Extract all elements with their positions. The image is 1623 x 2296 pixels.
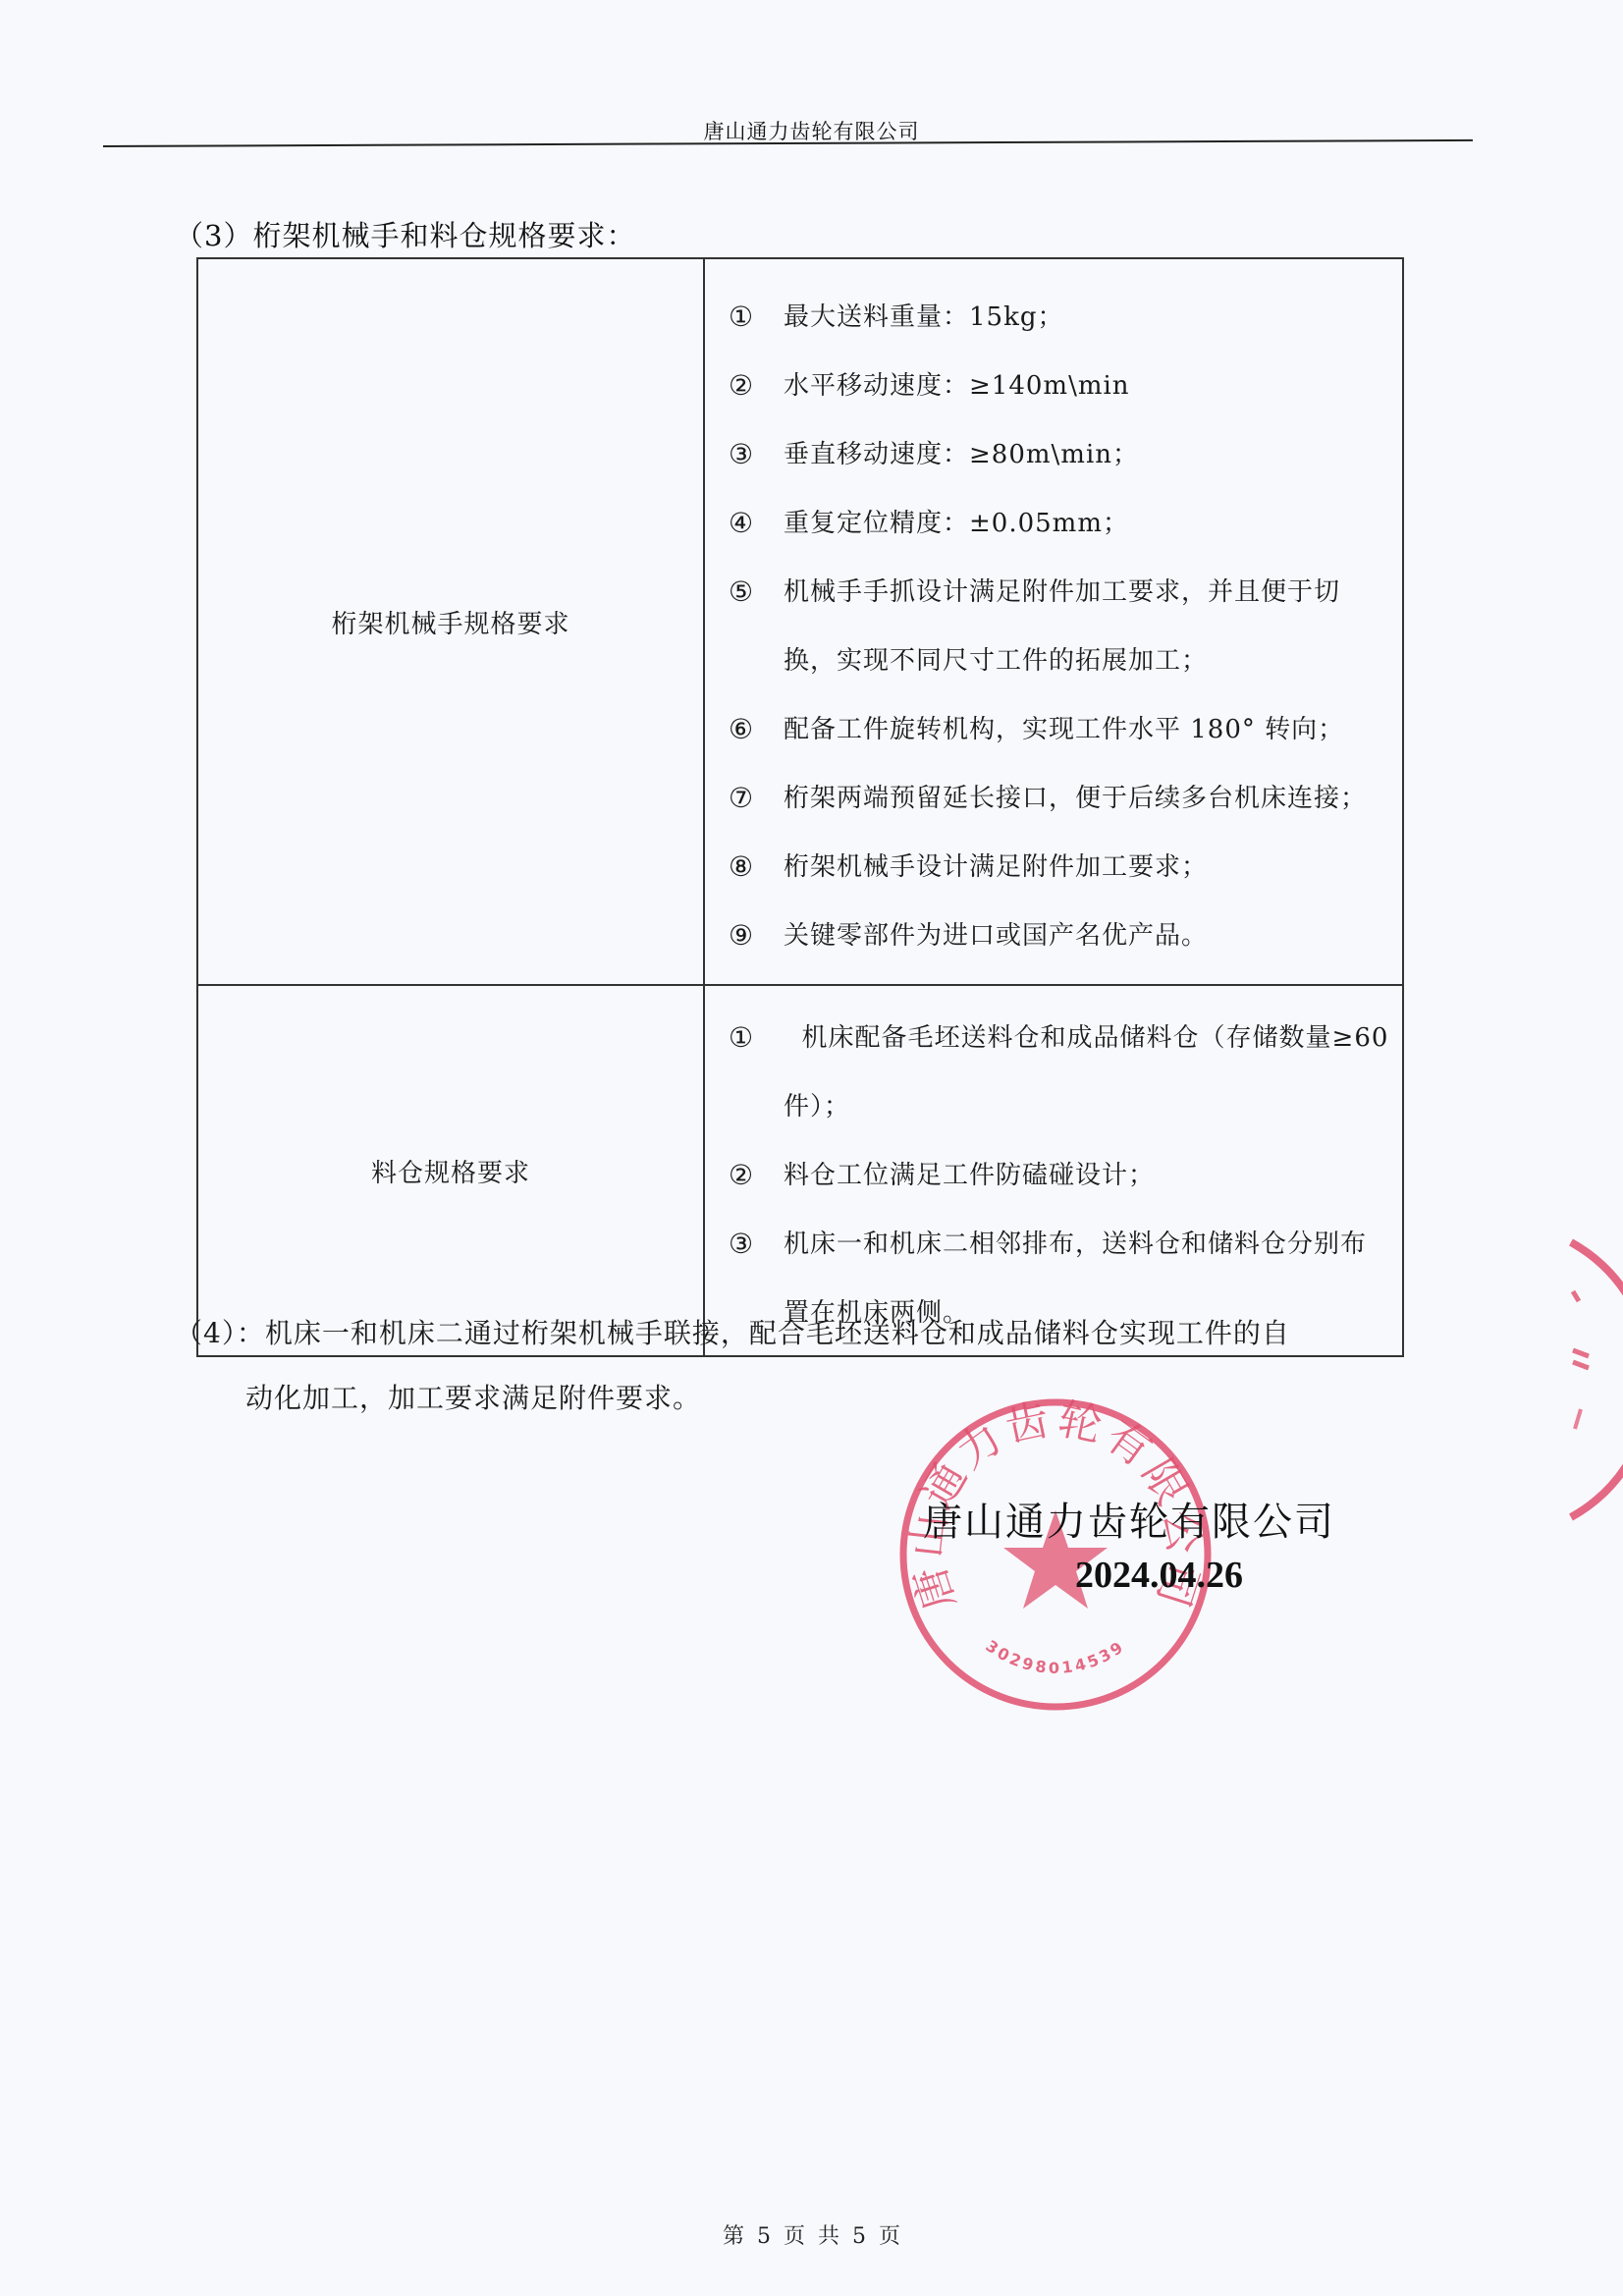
table-row-gantry: 桁架机械手规格要求 ① 最大送料重量：15kg； ② 水平移动速度：≥140m\…	[197, 258, 1403, 985]
spec-item: ① 机床配备毛坯送料仓和成品储料仓（存储数量≥60 件）；	[729, 1004, 1392, 1141]
spec-item: ④ 重复定位精度：±0.05mm；	[729, 489, 1392, 558]
item-text: 水平移动速度：≥140m\min	[784, 352, 1392, 420]
row-items: ① 最大送料重量：15kg； ② 水平移动速度：≥140m\min ③ 垂直移动…	[704, 258, 1403, 985]
item-text: 桁架两端预留延长接口，便于后续多台机床连接；	[784, 764, 1392, 833]
item-number: ⑧	[729, 833, 784, 902]
spec-item: ① 最大送料重量：15kg；	[729, 283, 1392, 352]
item-number: ①	[729, 283, 784, 352]
item-number: ⑦	[729, 764, 784, 833]
item-text: 重复定位精度：±0.05mm；	[784, 489, 1392, 558]
spec-item: ⑧ 桁架机械手设计满足附件加工要求；	[729, 833, 1392, 902]
item-text: 关键零部件为进口或国产名优产品。	[784, 902, 1392, 970]
item-number: ⑤	[729, 558, 784, 627]
spec-item: ⑤ 机械手手抓设计满足附件加工要求，并且便于切换，实现不同尺寸工件的拓展加工；	[729, 558, 1392, 695]
row-label: 桁架机械手规格要求	[197, 258, 704, 985]
spec-item: ② 料仓工位满足工件防磕碰设计；	[729, 1141, 1392, 1210]
note-line-1: （4）：机床一和机床二通过桁架机械手联接，配合毛坯送料仓和成品储料仓实现工件的自	[175, 1317, 1290, 1349]
item-text: 机床配备毛坯送料仓和成品储料仓（存储数量≥60 件）；	[784, 1004, 1392, 1141]
item-number: ①	[729, 1004, 784, 1072]
item-number: ③	[729, 420, 784, 489]
spec-item: ⑥ 配备工件旋转机构，实现工件水平 180° 转向；	[729, 695, 1392, 764]
document-page: 唐山通力齿轮有限公司 （3）桁架机械手和料仓规格要求： 桁架机械手规格要求 ① …	[0, 0, 1623, 2296]
page-number: 第 5 页 共 5 页	[0, 2219, 1623, 2250]
item-text: 配备工件旋转机构，实现工件水平 180° 转向；	[784, 695, 1392, 764]
item-number: ②	[729, 352, 784, 420]
spec-item: ② 水平移动速度：≥140m\min	[729, 352, 1392, 420]
spec-item: ⑦ 桁架两端预留延长接口，便于后续多台机床连接；	[729, 764, 1392, 833]
note-line-2: 动化加工，加工要求满足附件要求。	[175, 1366, 1471, 1431]
item-text: 机械手手抓设计满足附件加工要求，并且便于切换，实现不同尺寸工件的拓展加工；	[784, 558, 1392, 695]
item-number: ②	[729, 1141, 784, 1210]
signature-company: 唐山通力齿轮有限公司	[923, 1491, 1335, 1547]
item-number: ③	[729, 1210, 784, 1279]
item-number: ⑥	[729, 695, 784, 764]
spec-item: ⑨ 关键零部件为进口或国产名优产品。	[729, 902, 1392, 970]
spec-item: ③ 垂直移动速度：≥80m\min；	[729, 420, 1392, 489]
item-text: 垂直移动速度：≥80m\min；	[784, 420, 1392, 489]
signature-date: 2024.04.26	[1075, 1554, 1243, 1597]
partial-seal-icon	[1561, 1232, 1623, 1527]
item-number: ⑨	[729, 902, 784, 970]
item-number: ④	[729, 489, 784, 558]
note-paragraph: （4）：机床一和机床二通过桁架机械手联接，配合毛坯送料仓和成品储料仓实现工件的自…	[175, 1301, 1471, 1431]
spec-table: 桁架机械手规格要求 ① 最大送料重量：15kg； ② 水平移动速度：≥140m\…	[196, 257, 1404, 1357]
item-text: 最大送料重量：15kg；	[784, 283, 1392, 352]
section-heading: （3）桁架机械手和料仓规格要求：	[175, 214, 635, 254]
item-text: 料仓工位满足工件防磕碰设计；	[784, 1141, 1392, 1210]
item-text: 桁架机械手设计满足附件加工要求；	[784, 833, 1392, 902]
